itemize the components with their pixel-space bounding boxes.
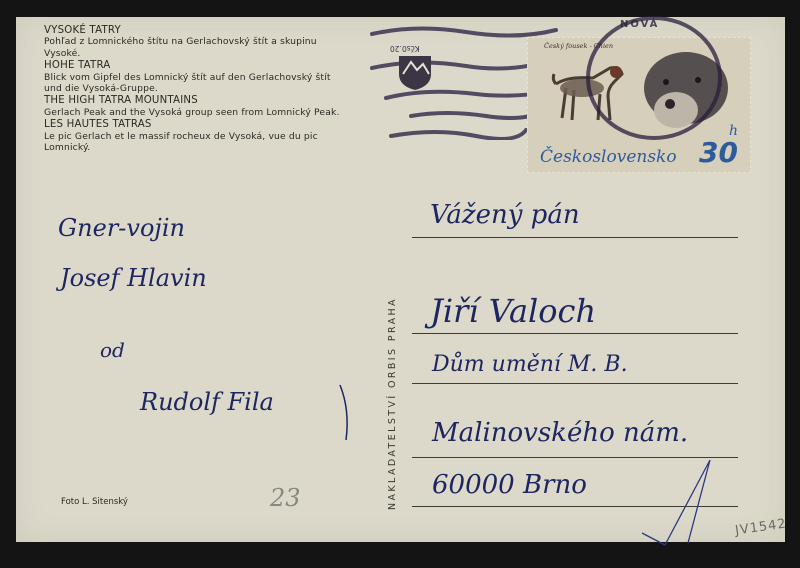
- postcard-caption: VYSOKÉ TATRY Pohľad z Lomnického štítu n…: [44, 24, 344, 153]
- handwritten-signature: Rudolf Fila: [140, 388, 274, 416]
- address-line-3-rule: [412, 383, 738, 384]
- address-street: Malinovského nám.: [432, 418, 688, 448]
- caption-text-fr: Le pic Gerlach et le massif rocheux de V…: [44, 131, 344, 154]
- stamp-country: Československo: [540, 147, 677, 167]
- postmark-circle: [586, 16, 722, 140]
- address-city: 60000 Brno: [432, 470, 587, 500]
- address-institution: Dům umění M. B.: [432, 352, 628, 377]
- caption-heading-fr: LES HAUTES TATRAS: [44, 119, 344, 130]
- handwritten-greeting: Gner-vojin: [58, 214, 185, 242]
- address-salutation: Vážený pán: [430, 200, 580, 230]
- address-flourish-stroke: [630, 455, 720, 555]
- address-line-2-rule: [412, 333, 738, 334]
- publisher-imprint: NAKLADATELSTVÍ ORBIS PRAHA: [387, 297, 398, 510]
- caption-heading-en: THE HIGH TATRA MOUNTAINS: [44, 95, 344, 106]
- caption-heading-sk: VYSOKÉ TATRY: [44, 25, 344, 36]
- caption-text-de: Blick vom Gipfel des Lomnický štít auf d…: [44, 72, 344, 95]
- stamp-value: 30: [699, 136, 738, 169]
- address-name: Jiří Valoch: [430, 292, 596, 330]
- caption-text-en: Gerlach Peak and the Vysoká group seen f…: [44, 107, 344, 118]
- address-line-1-rule: [412, 237, 738, 238]
- postmark-text: NOVÁ: [620, 19, 659, 30]
- pencil-number: 23: [270, 484, 301, 512]
- shield-emblem-icon: [395, 52, 435, 92]
- photo-credit: Foto L. Sitenský: [61, 497, 128, 507]
- signature-flourish: [300, 380, 360, 450]
- handwritten-from: od: [100, 338, 125, 362]
- caption-text-sk: Pohľad z Lomnického štítu na Gerlachovsk…: [44, 36, 344, 59]
- caption-heading-de: HOHE TATRA: [44, 60, 344, 71]
- handwritten-recipient-name: Josef Hlavin: [60, 264, 207, 292]
